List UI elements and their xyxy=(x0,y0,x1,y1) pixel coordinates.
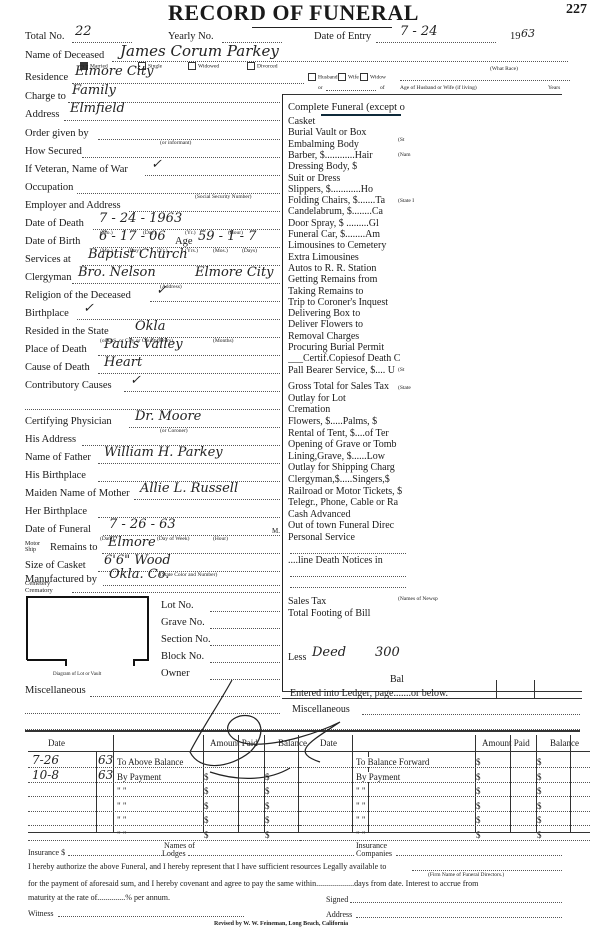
charge-item: Door Spray, $ .........Gl xyxy=(288,218,406,229)
ledger-row-line[interactable] xyxy=(28,811,318,812)
field-label: Her Birthplace xyxy=(25,506,87,517)
field-value[interactable]: ✓ xyxy=(83,301,94,316)
dollar-sign: $ xyxy=(537,772,542,782)
lot-field-line[interactable] xyxy=(210,645,280,646)
lot-field-label: Section No. xyxy=(161,634,211,645)
charge-item: ....line Death Notices in xyxy=(288,555,406,566)
age-value[interactable]: 59 - 1 - 7 xyxy=(198,229,256,244)
spouse-or: or xyxy=(318,85,323,91)
field-value[interactable]: ✓ xyxy=(156,283,167,298)
field-line xyxy=(103,585,280,586)
field-label: Resided in the State xyxy=(25,326,109,337)
age-spouse-hint: Age of Husband or Wife (if living) xyxy=(400,85,477,91)
field-label: Place of Death xyxy=(25,344,87,355)
charge-item: Personal Service xyxy=(288,532,406,543)
field-label: His Birthplace xyxy=(25,470,86,481)
date-of-entry-line xyxy=(376,42,496,43)
page-number: 227 xyxy=(566,2,587,18)
witness-label: Witness xyxy=(28,909,53,918)
cemetery-line xyxy=(72,592,280,593)
deceased-name-value[interactable]: James Corum Parkey xyxy=(120,42,279,60)
field-label: Name of Father xyxy=(25,452,91,463)
charge-hint: (State I xyxy=(398,198,414,204)
spouse-name-line xyxy=(326,90,376,91)
ledger-row-desc: By Payment xyxy=(117,772,163,782)
field-label: Date of Birth xyxy=(25,236,80,247)
lot-field-line[interactable] xyxy=(210,628,280,629)
date-of-entry-value[interactable]: 7 - 24 xyxy=(400,24,437,39)
ledger-row-desc: " " xyxy=(117,801,129,811)
charge-blank-line xyxy=(290,587,406,588)
field-hint: (Hour) xyxy=(213,536,228,542)
field-label: Date of Funeral xyxy=(25,524,91,535)
field-value[interactable]: Okla xyxy=(135,319,165,334)
dollar-sign: $ xyxy=(204,786,209,796)
charge-item: Limousines to Cemetery xyxy=(288,240,406,251)
ledger-date-value[interactable]: 7-26 xyxy=(32,753,59,767)
charge-item: Out of town Funeral Direc xyxy=(288,520,406,531)
dollar-sign: $ xyxy=(537,801,542,811)
ledger-row-desc: To Balance Forward xyxy=(356,757,431,767)
field-label: Contributory Causes xyxy=(25,380,112,391)
ledger-row-line[interactable] xyxy=(28,767,318,768)
dollar-sign: $ xyxy=(204,801,209,811)
husband-checkbox[interactable] xyxy=(308,73,316,81)
insurance-label: Insurance $ xyxy=(28,848,65,857)
deceased-name-line xyxy=(112,61,568,62)
total-no-value[interactable]: 22 xyxy=(75,24,92,39)
dollar-sign: $ xyxy=(537,815,542,825)
ledger-divider-1 xyxy=(496,680,497,698)
field-value[interactable]: ✓ xyxy=(151,157,162,172)
field-value[interactable]: Heart xyxy=(104,355,142,370)
lot-field-label: Grave No. xyxy=(161,617,205,628)
dollar-sign: $ xyxy=(476,772,481,782)
ledger-column-divider xyxy=(238,735,239,832)
less-label: Less xyxy=(288,652,306,663)
lot-diagram xyxy=(26,596,150,666)
date-of-entry-label: Date of Entry xyxy=(314,31,371,42)
ledger-year-value[interactable]: 63 xyxy=(98,753,113,767)
field-line xyxy=(145,175,280,176)
charge-item: Burial Vault or Box xyxy=(288,127,406,138)
cemetery-label: Cemetery Crematory xyxy=(25,580,53,594)
field-label: Remains to xyxy=(50,542,98,553)
field-value[interactable]: Baptist Church xyxy=(88,247,188,262)
field-label: Occupation xyxy=(25,182,73,193)
lot-field-label: Block No. xyxy=(161,651,204,662)
field-label: Certifying Physician xyxy=(25,416,112,427)
footer-address-label: Address xyxy=(326,910,352,919)
ledger-balance-header: Balance xyxy=(278,738,307,748)
ledger-year-divider xyxy=(96,751,97,832)
field-label: Employer and Address xyxy=(25,200,121,211)
field-value[interactable]: Elmore xyxy=(108,535,156,550)
field-value[interactable]: Dr. Moore xyxy=(135,409,201,424)
age-label: Age xyxy=(175,236,193,247)
field-line xyxy=(82,157,280,158)
ledger-column-divider xyxy=(113,735,114,832)
lodges-line xyxy=(188,855,354,856)
field-line xyxy=(134,499,280,500)
spouse-widow[interactable]: Widow xyxy=(360,73,386,81)
spouse-wife[interactable]: Wife xyxy=(338,73,359,81)
ledger-row-line[interactable] xyxy=(28,796,318,797)
ledger-column-divider xyxy=(570,735,571,832)
ledger-row-desc: " " xyxy=(356,815,368,825)
field-label: If Veteran, Name of War xyxy=(25,164,128,175)
ledger-column-divider xyxy=(352,735,353,832)
ledger-row-line[interactable] xyxy=(28,782,318,783)
charge-item: Candelabrum, $........Ca xyxy=(288,206,406,217)
insurance-companies-label: Insurance Companies xyxy=(356,842,392,858)
insurance-line xyxy=(68,855,164,856)
charge-hint: (Nam xyxy=(398,152,411,158)
dollar-sign: $ xyxy=(476,757,481,767)
yearly-no-label: Yearly No. xyxy=(168,31,214,42)
field-label: Maiden Name of Mother xyxy=(25,488,130,499)
charge-hint: (St xyxy=(398,137,404,143)
total-no-label: Total No. xyxy=(25,31,65,42)
address-value[interactable]: Elmfield xyxy=(70,101,125,116)
field-label: Services at xyxy=(25,254,71,265)
authorization-line-1: I hereby authorize the above Funeral, an… xyxy=(28,862,386,871)
ledger-balance-header: Balance xyxy=(550,738,579,748)
page-title: RECORD OF FUNERAL xyxy=(168,0,419,26)
ledger-row-line[interactable] xyxy=(300,782,590,783)
field-line xyxy=(98,463,280,464)
insurance-companies-line xyxy=(396,855,562,856)
ledger-row-desc: " " xyxy=(117,830,129,840)
charge-item: Flowers, $.....Palms, $ xyxy=(288,416,406,427)
charge-to-value[interactable]: Family xyxy=(72,83,116,98)
ledger-bottom-rule xyxy=(28,832,318,833)
field-value[interactable]: William H. Parkey xyxy=(104,445,223,460)
charge-item: Cash Advanced xyxy=(288,509,406,520)
charge-hint: (Names of Newsp xyxy=(398,596,438,602)
charge-item: Taking Remains to xyxy=(288,286,406,297)
ledger-row-desc: To Above Balance xyxy=(117,757,185,767)
field-label: How Secured xyxy=(25,146,82,157)
charge-item: Gross Total for Sales Tax xyxy=(288,381,406,392)
dollar-sign: $ xyxy=(476,830,481,840)
ledger-date-header: Date xyxy=(320,738,337,748)
ledger-amount-header: Amount Paid xyxy=(210,738,258,748)
footer-address-line xyxy=(356,917,562,918)
charge-item: Deliver Flowers to xyxy=(288,319,406,330)
charges-box-left xyxy=(282,94,283,692)
field-line xyxy=(129,427,280,428)
what-race-hint: (What Race) xyxy=(490,66,518,72)
ledger-date-value[interactable]: 10-8 xyxy=(32,768,59,782)
ledger-amount-header: Amount Paid xyxy=(482,738,530,748)
spouse-of: of xyxy=(380,85,385,91)
field-hint: (Social Security Number) xyxy=(195,194,252,200)
ledger-divider-2 xyxy=(534,680,535,698)
date-of-entry-year-prefix: 19 xyxy=(510,31,521,42)
lot-field-label: Lot No. xyxy=(161,600,194,611)
dollar-sign: $ xyxy=(265,772,270,782)
dollar-sign: $ xyxy=(537,786,542,796)
charge-item: Rental of Tent, $....of Ter xyxy=(288,428,406,439)
dollar-sign: $ xyxy=(204,815,209,825)
ledger-row-line[interactable] xyxy=(300,825,590,826)
charge-item: Embalming Body xyxy=(288,139,406,150)
charge-item: Removal Charges xyxy=(288,331,406,342)
ledger-date-header: Date xyxy=(48,738,65,748)
charge-item: Casket xyxy=(288,116,406,127)
charge-item: ___Certif.Copiesof Death C xyxy=(288,353,406,364)
field-value[interactable]: 6 - 17 - 06 xyxy=(99,229,166,244)
authorization-line-2: for the payment of aforesaid sum, and I … xyxy=(28,879,478,888)
firm-name-line xyxy=(412,870,562,871)
field-value[interactable]: Pauls Valley xyxy=(104,337,183,352)
address-label: Address xyxy=(25,109,59,120)
motor-ship-label: MotorShip xyxy=(25,541,40,553)
charge-hint: (St xyxy=(398,367,404,373)
charge-item: Folding Chairs, $.......Ta xyxy=(288,195,406,206)
ledger-column-divider xyxy=(298,735,299,832)
charge-item: Cremation xyxy=(288,404,406,415)
field-suffix: M. xyxy=(272,527,280,535)
signed-line xyxy=(350,902,562,903)
charge-blank-line xyxy=(290,576,406,577)
authorization-line-3: maturity at the rate of..............% p… xyxy=(28,893,170,902)
ledger-row-line[interactable] xyxy=(300,767,590,768)
dollar-sign: $ xyxy=(476,801,481,811)
field-line xyxy=(124,391,280,392)
dollar-sign: $ xyxy=(204,830,209,840)
charge-item: Trip to Coroner's Inquest xyxy=(288,297,406,308)
charge-item: Suit or Dress xyxy=(288,173,406,184)
field-hint: (Days) xyxy=(242,248,257,254)
residence-label: Residence xyxy=(25,72,68,83)
charge-item: Dressing Body, $ xyxy=(288,161,406,172)
ledger-bottom-rule xyxy=(300,832,590,833)
dollar-sign: $ xyxy=(265,815,270,825)
field-label: Size of Casket xyxy=(25,560,86,571)
dollar-sign: $ xyxy=(265,801,270,811)
charges-heading: Complete Funeral (except o xyxy=(288,102,405,113)
charge-blank-line xyxy=(290,553,406,554)
ledger-row-line[interactable] xyxy=(300,796,590,797)
field-hint: (Months) xyxy=(213,338,233,344)
widowed-checkbox[interactable] xyxy=(188,62,196,70)
marital-widowed[interactable]: Widowed xyxy=(188,62,219,70)
charge-item: Telegr., Phone, Cable or Ra xyxy=(288,497,406,508)
charge-item: Opening of Grave or Tomb xyxy=(288,439,406,450)
field-label: Order given by xyxy=(25,128,89,139)
charge-item: Delivering Box to xyxy=(288,308,406,319)
field-value[interactable]: ✓ xyxy=(130,373,141,388)
charge-item: Autos to R. R. Station xyxy=(288,263,406,274)
signed-label: Signed xyxy=(326,895,348,904)
dollar-sign: $ xyxy=(204,772,209,782)
field-line xyxy=(77,319,280,320)
field-label: Birthplace xyxy=(25,308,69,319)
field-hint: (or informant) xyxy=(160,140,191,146)
charge-item: Getting Remains from xyxy=(288,274,406,285)
dollar-sign: $ xyxy=(537,757,542,767)
field-label: His Address xyxy=(25,434,76,445)
field-label: Religion of the Deceased xyxy=(25,290,131,301)
less-value[interactable]: Deed xyxy=(312,645,346,660)
charge-item: Extra Limousines xyxy=(288,252,406,263)
charge-item: Outlay for Lot xyxy=(288,393,406,404)
spouse-husband[interactable]: Husband xyxy=(308,73,338,81)
ledger-row-desc: " " xyxy=(117,815,129,825)
charge-item: Procuring Burial Permit xyxy=(288,342,406,353)
ledger-header-rule xyxy=(28,751,318,752)
charge-item: Slippers, $............Ho xyxy=(288,184,406,195)
diagram-caption: Diagram of Lot or Vault xyxy=(53,672,101,677)
field-line xyxy=(98,373,280,374)
charge-item: Outlay for Shipping Charg xyxy=(288,462,406,473)
witness-line xyxy=(58,916,244,917)
charge-item: Lining,Grave, $......Low xyxy=(288,451,406,462)
field-label: Date of Death xyxy=(25,218,84,229)
charge-item: Barber, $............Hair xyxy=(288,150,406,161)
charge-item: Pall Bearer Service, $.... U xyxy=(288,365,406,376)
field-value[interactable]: 6'6" Wood xyxy=(104,553,171,568)
ledger-row-line[interactable] xyxy=(28,825,318,826)
lot-field-line[interactable] xyxy=(210,611,280,612)
divorced-checkbox[interactable] xyxy=(247,62,255,70)
charge-item: Funeral Car, $........Am xyxy=(288,229,406,240)
field-label: Clergyman xyxy=(25,272,71,283)
field-value[interactable]: 7 - 24 - 1963 xyxy=(99,211,182,226)
dollar-sign: $ xyxy=(537,830,542,840)
charge-item: Total Footing of Bill xyxy=(288,608,406,619)
date-of-entry-year[interactable]: 63 xyxy=(521,27,535,40)
field-line xyxy=(150,301,280,302)
less-amount[interactable]: 300 xyxy=(375,645,400,660)
spouse-age-line xyxy=(400,80,570,81)
lot-field-line[interactable] xyxy=(210,662,280,663)
clergyman-address-value[interactable]: Elmore City xyxy=(195,265,274,280)
marital-divorced[interactable]: Divorced xyxy=(247,62,277,70)
revised-by: Revised by W. W. Feineman, Long Beach, C… xyxy=(214,921,348,927)
address-line xyxy=(64,120,280,121)
ledger-row-desc: " " xyxy=(356,801,368,811)
ledger-header-rule xyxy=(300,751,590,752)
dollar-sign: $ xyxy=(265,786,270,796)
spouse-rule xyxy=(282,94,562,95)
dollar-sign: $ xyxy=(476,786,481,796)
deceased-name-label: Name of Deceased xyxy=(25,50,104,61)
field-value[interactable]: 7 - 26 - 63 xyxy=(109,517,176,532)
field-value[interactable]: Okla. Co. xyxy=(109,567,169,582)
ledger-column-divider xyxy=(510,735,511,832)
field-hint: (Day of Week) xyxy=(157,536,189,542)
years-hint: Years xyxy=(548,85,560,91)
wife-checkbox[interactable] xyxy=(338,73,346,81)
charge-item: Sales Tax xyxy=(288,596,406,607)
charge-item: Clergyman,$.....Singers,$ xyxy=(288,474,406,485)
ledger-year-value[interactable]: 63 xyxy=(98,768,113,782)
misc-label-left: Miscellaneous xyxy=(25,685,86,696)
ledger-row-desc: By Payment xyxy=(356,772,402,782)
field-value[interactable]: Bro. Nelson xyxy=(78,265,156,280)
firm-name-hint: (Firm Name of Funeral Directors.) xyxy=(428,872,504,878)
ledger-row-line[interactable] xyxy=(300,811,590,812)
charge-hint: (State xyxy=(398,385,411,391)
ledger-row-desc: " " xyxy=(356,786,368,796)
field-hint: (Mos.) xyxy=(213,248,228,254)
title-underline xyxy=(252,27,392,28)
field-hint: (or Coroner) xyxy=(160,428,188,434)
dollar-sign: $ xyxy=(476,815,481,825)
ledger-row-line[interactable] xyxy=(300,840,590,841)
charge-item: Railroad or Motor Tickets, $ xyxy=(288,486,406,497)
widow-checkbox[interactable] xyxy=(360,73,368,81)
field-label: Cause of Death xyxy=(25,362,90,373)
charge-to-label: Charge to xyxy=(25,91,66,102)
ledger-row-desc: " " xyxy=(356,830,368,840)
dollar-sign: $ xyxy=(265,830,270,840)
residence-value[interactable]: Elmore City xyxy=(75,64,154,79)
ledger-row-desc: " " xyxy=(117,786,129,796)
field-value[interactable]: Allie L. Russell xyxy=(140,481,238,496)
